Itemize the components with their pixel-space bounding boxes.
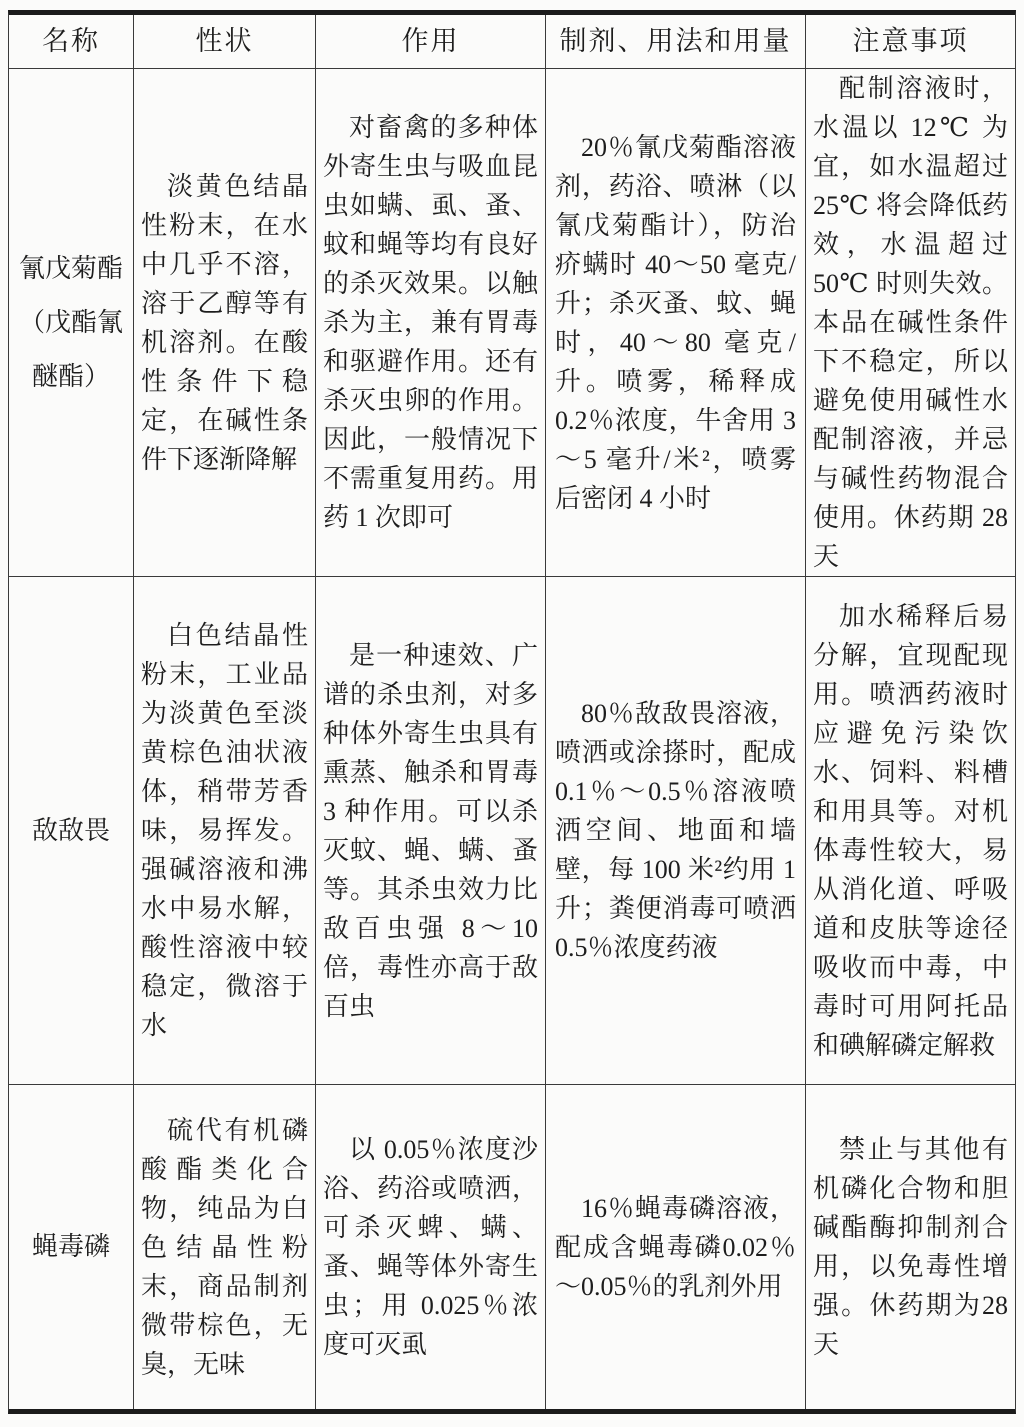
row1-usage-cell: 20％氰戊菊酯溶液剂，药浴、喷淋（以氰戊菊酯计），防治疥螨时 40～50 毫克/… — [546, 69, 806, 577]
action-text: 对畜禽的多种体外寄生虫与吸血昆虫如螨、虱、蚤、蚊和蝇等均有良好的杀灭效果。以触杀… — [323, 108, 538, 537]
row2-action-cell: 是一种速效、广谱的杀虫剂，对多种体外寄生虫具有熏蒸、触杀和胃毒 3 种作用。可以… — [316, 577, 546, 1085]
header-name: 名称 — [9, 15, 134, 69]
row1-name-cell: 氰戊菊酯 （戊酯氰醚酯） — [9, 69, 134, 577]
header-name-label: 名称 — [42, 22, 100, 61]
header-properties-label: 性状 — [196, 22, 254, 61]
drug-name-alias: （戊酯氰醚酯） — [13, 296, 129, 404]
header-action-label: 作用 — [402, 22, 460, 61]
properties-text: 淡黄色结晶性粉末，在水中几乎不溶，溶于乙醇等有机溶剂。在酸性条件下稳定，在碱性条… — [141, 167, 308, 479]
header-usage-label: 制剂、用法和用量 — [560, 22, 792, 61]
precautions-text: 配制溶液时，水温以 12℃ 为宜，如水温超过 25℃ 将会降低药效，水温超过 5… — [813, 69, 1008, 576]
row3-properties-cell: 硫代有机磷酸酯类化合物，纯品为白色结晶性粉末，商品制剂微带棕色，无臭，无味 — [134, 1085, 316, 1409]
row1-properties-cell: 淡黄色结晶性粉末，在水中几乎不溶，溶于乙醇等有机溶剂。在酸性条件下稳定，在碱性条… — [134, 69, 316, 577]
row1-precautions-cell: 配制溶液时，水温以 12℃ 为宜，如水温超过 25℃ 将会降低药效，水温超过 5… — [806, 69, 1015, 577]
row3-usage-cell: 16％蝇毒磷溶液，配成含蝇毒磷0.02％～0.05％的乳剂外用 — [546, 1085, 806, 1409]
row2-precautions-cell: 加水稀释后易分解，宜现配现用。喷洒药液时应避免污染饮水、饲料、料槽和用具等。对机… — [806, 577, 1015, 1085]
header-precautions-label: 注意事项 — [853, 22, 969, 61]
pesticide-drug-table: 名称 性状 作用 制剂、用法和用量 注意事项 氰戊菊酯 （戊酯氰醚酯） 淡黄色结… — [8, 10, 1016, 1414]
precautions-text: 加水稀释后易分解，宜现配现用。喷洒药液时应避免污染饮水、饲料、料槽和用具等。对机… — [813, 597, 1008, 1065]
usage-text: 20％氰戊菊酯溶液剂，药浴、喷淋（以氰戊菊酯计），防治疥螨时 40～50 毫克/… — [555, 128, 796, 518]
row3-action-cell: 以 0.05％浓度沙浴、药浴或喷洒，可杀灭蜱、螨、蚤、蝇等体外寄生虫；用 0.0… — [316, 1085, 546, 1409]
properties-text: 白色结晶性粉末，工业品为淡黄色至淡黄棕色油状液体，稍带芳香味，易挥发。强碱溶液和… — [141, 616, 308, 1045]
drug-name: 敌敌畏 — [32, 804, 110, 858]
row2-name-cell: 敌敌畏 — [9, 577, 134, 1085]
row1-action-cell: 对畜禽的多种体外寄生虫与吸血昆虫如螨、虱、蚤、蚊和蝇等均有良好的杀灭效果。以触杀… — [316, 69, 546, 577]
row3-precautions-cell: 禁止与其他有机磷化合物和胆碱酯酶抑制剂合用，以免毒性增强。休药期为28 天 — [806, 1085, 1015, 1409]
row3-name-cell: 蝇毒磷 — [9, 1085, 134, 1409]
header-action: 作用 — [316, 15, 546, 69]
action-text: 以 0.05％浓度沙浴、药浴或喷洒，可杀灭蜱、螨、蚤、蝇等体外寄生虫；用 0.0… — [323, 1130, 538, 1364]
header-usage: 制剂、用法和用量 — [546, 15, 806, 69]
usage-text: 80％敌敌畏溶液，喷洒或涂搽时，配成0.1％～0.5％溶液喷洒空间、地面和墙壁，… — [555, 694, 796, 967]
drug-name: 氰戊菊酯 — [19, 242, 123, 296]
row2-usage-cell: 80％敌敌畏溶液，喷洒或涂搽时，配成0.1％～0.5％溶液喷洒空间、地面和墙壁，… — [546, 577, 806, 1085]
usage-text: 16％蝇毒磷溶液，配成含蝇毒磷0.02％～0.05％的乳剂外用 — [555, 1189, 796, 1306]
header-properties: 性状 — [134, 15, 316, 69]
row2-properties-cell: 白色结晶性粉末，工业品为淡黄色至淡黄棕色油状液体，稍带芳香味，易挥发。强碱溶液和… — [134, 577, 316, 1085]
scanned-book-page: 名称 性状 作用 制剂、用法和用量 注意事项 氰戊菊酯 （戊酯氰醚酯） 淡黄色结… — [0, 0, 1024, 1427]
precautions-text: 禁止与其他有机磷化合物和胆碱酯酶抑制剂合用，以免毒性增强。休药期为28 天 — [813, 1130, 1008, 1364]
action-text: 是一种速效、广谱的杀虫剂，对多种体外寄生虫具有熏蒸、触杀和胃毒 3 种作用。可以… — [323, 636, 538, 1026]
drug-name: 蝇毒磷 — [32, 1220, 110, 1274]
properties-text: 硫代有机磷酸酯类化合物，纯品为白色结晶性粉末，商品制剂微带棕色，无臭，无味 — [141, 1111, 308, 1384]
header-precautions: 注意事项 — [806, 15, 1015, 69]
